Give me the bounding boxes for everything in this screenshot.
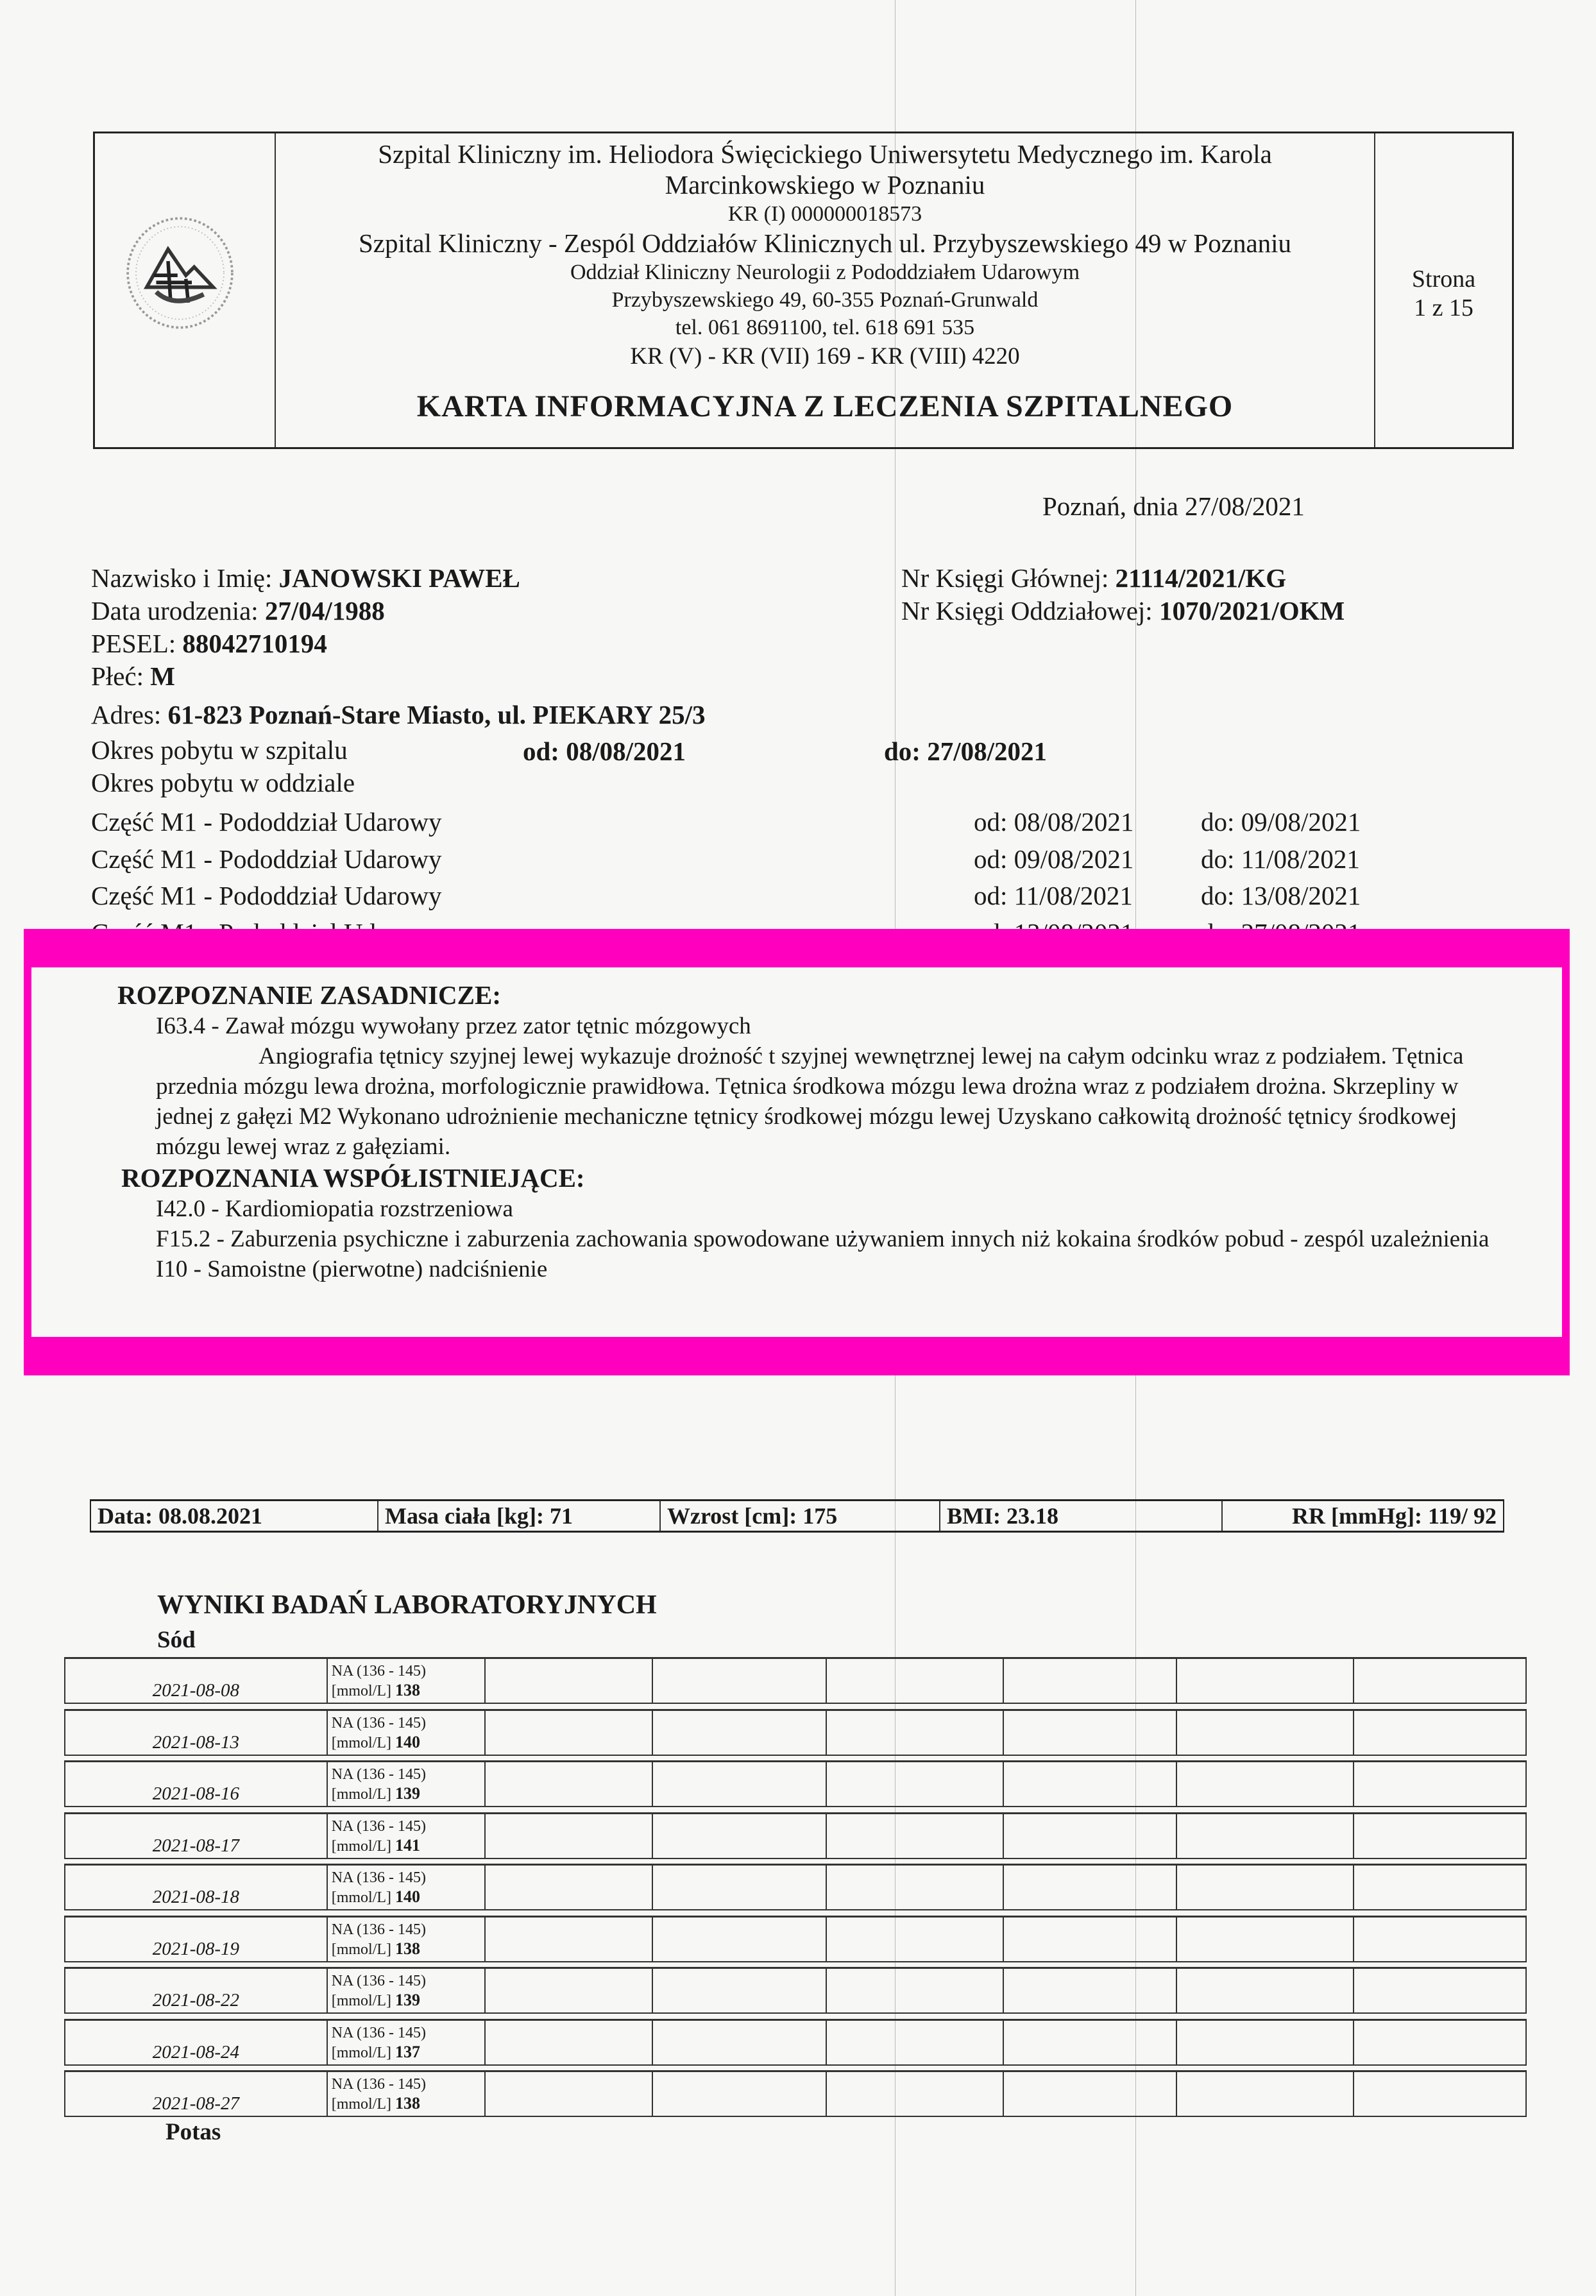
lab-empty-cell [652,1762,826,1806]
lab-date-cell: 2021-08-08 [64,1659,327,1703]
lab-empty-cell [484,1969,652,2012]
ward-book-number: 1070/2021/OKM [1159,596,1345,625]
lab-unit: [mmol/L] [332,2096,391,2113]
lab-unit: [mmol/L] [332,1993,391,2009]
lab-empty-cell [652,1814,826,1858]
vitals-height: Wzrost [cm]: 175 [661,1501,940,1531]
main-diagnosis-heading: ROZPOZNANIE ZASADNICZE: [117,979,1524,1011]
lab-empty-cell [826,1659,1003,1703]
lab-empty-cell [484,1814,652,1858]
lab-test-name: NA (136 - 145) [332,1869,484,1887]
comorbid-item: I42.0 - Kardiomiopatia rozstrzeniowa [117,1194,1524,1224]
lab-value: 140 [395,1887,420,1906]
institution-registry: KR (I) 000000018573 [276,200,1374,228]
lab-empty-cell [484,1711,652,1755]
lab-test-name: NA (136 - 145) [332,2075,484,2094]
lab-empty-cell [484,1659,652,1703]
lab-empty-cell [1176,1711,1353,1755]
lab-empty-cell [652,2072,826,2116]
lab-empty-cell [1003,1659,1176,1703]
vitals-bmi: BMI: 23.18 [940,1501,1223,1531]
lab-empty-cell [1003,2072,1176,2116]
lab-value: 139 [395,1991,420,2009]
lab-empty-cell [652,1969,826,2012]
lab-unit: [mmol/L] [332,2045,391,2061]
lab-empty-cell [1353,2021,1527,2064]
lab-empty-cell [1003,2021,1176,2064]
lab-date: 2021-08-27 [65,2093,327,2114]
department-phone: tel. 061 8691100, tel. 618 691 535 [276,314,1374,341]
lab-empty-cell [826,2072,1003,2116]
lab-empty-cell [1176,1659,1353,1703]
diagnosis-highlight-frame: ROZPOZNANIE ZASADNICZE: I63.4 - Zawał mó… [24,929,1570,1375]
lab-empty-cell [652,1711,826,1755]
ward-period-unit: Część M1 - Pododdział Udarowy [91,805,442,838]
lab-date: 2021-08-18 [65,1887,327,1908]
lab-date-cell: 2021-08-17 [64,1814,327,1858]
lab-empty-cell [1353,1659,1527,1703]
diagnosis-section: ROZPOZNANIE ZASADNICZE: I63.4 - Zawał mó… [117,979,1524,1284]
lab-empty-cell [652,1866,826,1909]
lab-empty-cell [826,1969,1003,2012]
lab-date: 2021-08-16 [65,1783,327,1805]
ward-period-to: do: 09/08/2021 [1201,805,1361,838]
lab-value: 141 [395,1836,420,1855]
patient-dob-row: Data urodzenia: 27/04/1988 [91,594,385,627]
main-diagnosis-code: I63.4 - Zawał mózgu wywołany przez zator… [117,1011,1524,1041]
lab-value-cell: NA (136 - 145)[mmol/L] 138 [327,1918,484,1961]
lab-empty-cell [1176,1762,1353,1806]
patient-name: JANOWSKI PAWEŁ [279,563,520,593]
lab-unit: [mmol/L] [332,1838,391,1855]
lab-row: 2021-08-16NA (136 - 145)[mmol/L] 139 [64,1760,1527,1807]
document-header: Szpital Kliniczny im. Heliodora Święcick… [93,132,1514,449]
hospital-stay-to: do: 27/08/2021 [884,735,1047,768]
lab-row: 2021-08-18NA (136 - 145)[mmol/L] 140 [64,1864,1527,1910]
vitals-blood-pressure: RR [mmHg]: 119/ 92 [1223,1501,1503,1531]
lab-date-cell: 2021-08-19 [64,1918,327,1961]
patient-address: 61-823 Poznań-Stare Miasto, ul. PIEKARY … [168,700,706,729]
lab-date-cell: 2021-08-16 [64,1762,327,1806]
patient-pesel: 88042710194 [182,629,327,658]
lab-test-name: NA (136 - 145) [332,2024,484,2043]
lab-empty-cell [826,1918,1003,1961]
lab-date-cell: 2021-08-13 [64,1711,327,1755]
lab-empty-cell [826,1866,1003,1909]
lab-row: 2021-08-19NA (136 - 145)[mmol/L] 138 [64,1916,1527,1962]
lab-empty-cell [1353,1866,1527,1909]
lab-row: 2021-08-22NA (136 - 145)[mmol/L] 139 [64,1967,1527,2014]
lab-empty-cell [652,1918,826,1961]
lab-test-name: NA (136 - 145) [332,1972,484,1991]
institution-name-line2: Marcinkowskiego w Poznaniu [276,169,1374,200]
lab-value-cell: NA (136 - 145)[mmol/L] 139 [327,1762,484,1806]
lab-empty-cell [484,1762,652,1806]
page-label: Strona [1375,265,1512,294]
lab-empty-cell [484,1918,652,1961]
lab-value-cell: NA (136 - 145)[mmol/L] 140 [327,1866,484,1909]
patient-sex: M [150,661,175,691]
ward-period-unit: Część M1 - Pododdział Udarowy [91,842,442,876]
registry-codes: KR (V) - KR (VII) 169 - KR (VIII) 4220 [276,341,1374,372]
vitals-body-mass: Masa ciała [kg]: 71 [378,1501,661,1531]
vitals-bar: Data: 08.08.2021 Masa ciała [kg]: 71 Wzr… [90,1499,1504,1533]
lab-test-name: NA (136 - 145) [332,1662,484,1681]
lab-empty-cell [652,2021,826,2064]
lab-empty-cell [652,1659,826,1703]
lab-date: 2021-08-24 [65,2042,327,2063]
lab-empty-cell [1003,1918,1176,1961]
comorbid-item: I10 - Samoistne (pierwotne) nadciśnienie [117,1254,1524,1284]
ward-period-from: od: 08/08/2021 [974,805,1133,838]
document-title: KARTA INFORMACYJNA Z LECZENIA SZPITALNEG… [276,389,1374,424]
lab-empty-cell [1003,1969,1176,2012]
lab-value-cell: NA (136 - 145)[mmol/L] 138 [327,2072,484,2116]
lab-value: 138 [395,2094,420,2113]
lab-date-cell: 2021-08-24 [64,2021,327,2064]
lab-empty-cell [826,1711,1003,1755]
lab-row: 2021-08-13NA (136 - 145)[mmol/L] 140 [64,1709,1527,1756]
lab-test-name: NA (136 - 145) [332,1714,484,1733]
lab-value-cell: NA (136 - 145)[mmol/L] 141 [327,1814,484,1858]
lab-value: 139 [395,1784,420,1803]
patient-name-row: Nazwisko i Imię: JANOWSKI PAWEŁ [91,561,520,595]
lab-date: 2021-08-13 [65,1732,327,1753]
lab-empty-cell [1003,1814,1176,1858]
comorbid-heading: ROZPOZNANIA WSPÓŁISTNIEJĄCE: [121,1162,1524,1194]
lab-value: 140 [395,1733,420,1751]
lab-empty-cell [1353,1969,1527,2012]
patient-dob-label: Data urodzenia: [91,596,259,625]
lab-empty-cell [1003,1866,1176,1909]
lab-unit: [mmol/L] [332,1683,391,1699]
lab-empty-cell [1003,1762,1176,1806]
patient-address-label: Adres: [91,700,161,729]
patient-pesel-row: PESEL: 88042710194 [91,627,327,660]
lab-empty-cell [1353,1711,1527,1755]
lab-date: 2021-08-17 [65,1835,327,1857]
ward-book-row: Nr Księgi Oddziałowej: 1070/2021/OKM [901,594,1345,627]
lab-date-cell: 2021-08-18 [64,1866,327,1909]
ward-period-unit: Część M1 - Pododdział Udarowy [91,879,442,912]
ward-period-from: od: 11/08/2021 [974,879,1133,912]
lab-empty-cell [1176,1814,1353,1858]
lab-empty-cell [1176,1866,1353,1909]
main-diagnosis-description: Angiografia tętnicy szyjnej lewej wykazu… [117,1041,1490,1162]
lab-value: 137 [395,2043,420,2061]
lab-date-cell: 2021-08-27 [64,2072,327,2116]
lab-empty-cell [826,1814,1003,1858]
document-date: Poznań, dnia 27/08/2021 [1042,489,1305,523]
vitals-date: Data: 08.08.2021 [91,1501,378,1531]
lab-row: 2021-08-08NA (136 - 145)[mmol/L] 138 [64,1657,1527,1704]
lab-empty-cell [1176,1969,1353,2012]
institution-name-line1: Szpital Kliniczny im. Heliodora Święcick… [276,139,1374,169]
lab-value: 138 [395,1681,420,1699]
lab-test-name: NA (136 - 145) [332,1817,484,1836]
lab-test-name: NA (136 - 145) [332,1921,484,1939]
lab-date-cell: 2021-08-22 [64,1969,327,2012]
page-number: 1 z 15 [1375,294,1512,323]
lab-empty-cell [1353,1762,1527,1806]
header-logo-cell [95,133,276,447]
main-book-number: 21114/2021/KG [1116,563,1287,593]
lab-results-heading: WYNIKI BADAŃ LABORATORYJNYCH [157,1590,657,1620]
patient-sex-label: Płeć: [91,661,144,691]
hospital-seal-icon [121,214,239,332]
department-name: Oddział Kliniczny Neurologii z Pododdzia… [276,259,1374,286]
lab-empty-cell [1176,2021,1353,2064]
lab-unit: [mmol/L] [332,1889,391,1906]
lab-empty-cell [484,1866,652,1909]
main-book-label: Nr Księgi Głównej: [901,563,1108,593]
lab-value-cell: NA (136 - 145)[mmol/L] 138 [327,1659,484,1703]
ward-stay-label: Okres pobytu w oddziale [91,766,355,799]
lab-value-cell: NA (136 - 145)[mmol/L] 139 [327,1969,484,2012]
hospital-stay-from: od: 08/08/2021 [523,735,686,768]
ward-book-label: Nr Księgi Oddziałowej: [901,596,1153,625]
department-address: Przybyszewskiego 49, 60-355 Poznań-Grunw… [276,286,1374,314]
lab-row: 2021-08-27NA (136 - 145)[mmol/L] 138 [64,2070,1527,2117]
lab-empty-cell [1353,2072,1527,2116]
hospital-stay-label: Okres pobytu w szpitalu [91,733,348,767]
patient-dob: 27/04/1988 [265,596,385,625]
comorbid-item: F15.2 - Zaburzenia psychiczne i zaburzen… [117,1224,1490,1254]
ward-period-from: od: 09/08/2021 [974,842,1133,876]
patient-sex-row: Płeć: M [91,659,175,693]
lab-empty-cell [826,2021,1003,2064]
ward-period-to: do: 11/08/2021 [1201,842,1360,876]
lab-unit: [mmol/L] [332,1786,391,1803]
lab-value-cell: NA (136 - 145)[mmol/L] 137 [327,2021,484,2064]
lab-row: 2021-08-24NA (136 - 145)[mmol/L] 137 [64,2019,1527,2066]
lab-date: 2021-08-22 [65,1990,327,2011]
lab-empty-cell [826,1762,1003,1806]
page-indicator-cell: Strona 1 z 15 [1374,133,1512,447]
lab-date: 2021-08-19 [65,1939,327,1960]
lab-test-name: NA (136 - 145) [332,1765,484,1784]
lab-empty-cell [1176,2072,1353,2116]
lab-empty-cell [1176,1918,1353,1961]
lab-unit: [mmol/L] [332,1941,391,1958]
lab-empty-cell [1353,1814,1527,1858]
lab-empty-cell [1003,1711,1176,1755]
patient-address-row: Adres: 61-823 Poznań-Stare Miasto, ul. P… [91,698,705,731]
lab-value: 138 [395,1939,420,1958]
lab-date: 2021-08-08 [65,1680,327,1701]
lab-section-potassium: Potas [166,2118,221,2146]
hospital-complex: Szpital Kliniczny - Zespól Oddziałów Kli… [276,228,1374,259]
patient-pesel-label: PESEL: [91,629,176,658]
lab-section-sodium: Sód [157,1626,196,1654]
lab-empty-cell [484,2072,652,2116]
lab-row: 2021-08-17NA (136 - 145)[mmol/L] 141 [64,1812,1527,1859]
ward-period-to: do: 13/08/2021 [1201,879,1361,912]
lab-unit: [mmol/L] [332,1735,391,1751]
header-institution-info: Szpital Kliniczny im. Heliodora Święcick… [276,133,1374,447]
lab-empty-cell [484,2021,652,2064]
patient-name-label: Nazwisko i Imię: [91,563,272,593]
lab-empty-cell [1353,1918,1527,1961]
main-book-row: Nr Księgi Głównej: 21114/2021/KG [901,561,1286,595]
lab-value-cell: NA (136 - 145)[mmol/L] 140 [327,1711,484,1755]
